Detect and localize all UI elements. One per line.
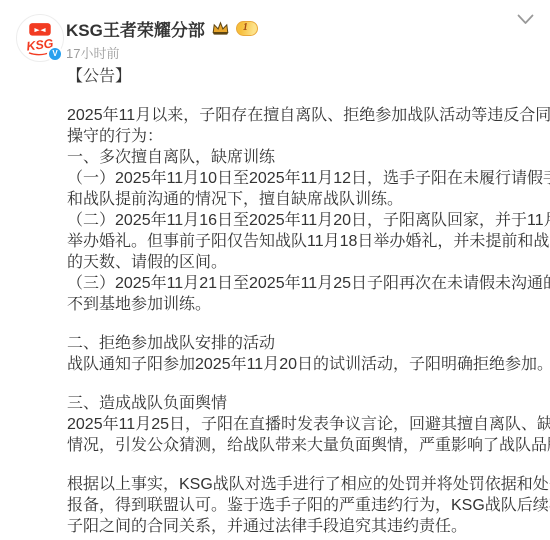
post-text-line: 二、拒绝参加战队安排的活动 (67, 333, 535, 354)
post-text-line: 情况，引发公众猜测，给战队带来大量负面舆情，严重影响了战队品牌形象。 (67, 435, 535, 456)
post-content: 【公告】 2025年11月以来，子阳存在擅自离队、拒绝参加战队活动等违反合同义务… (67, 66, 535, 537)
avatar[interactable]: KSG V (16, 14, 64, 62)
post-paragraph: 【公告】 (67, 66, 535, 87)
name-row: KSG王者荣耀分部 1 (66, 17, 258, 39)
post-text-line: 的天数、请假的区间。 (67, 252, 535, 273)
post-text-line: 【公告】 (67, 66, 535, 87)
post-text-line: 子阳之间的合同关系，并通过法律手段追究其违约责任。 (67, 516, 535, 537)
post-text-line: （二）2025年11月16日至2025年11月20日，子阳离队回家，并于11月1… (67, 210, 535, 231)
verified-badge-icon: V (47, 46, 63, 62)
crown-icon (211, 21, 230, 36)
chevron-down-icon[interactable] (517, 13, 534, 25)
post-text-line: 一、多次擅自离队，缺席训练 (67, 147, 535, 168)
post-text-line: 2025年11月25日，子阳在直播时发表争议言论，回避其擅自离队、缺席训练的 (67, 414, 535, 435)
post-text-line: 报备，得到联盟认可。鉴于选手子阳的严重违约行为，KSG战队后续将陆续解除和 (67, 495, 535, 516)
post-text-line: 举办婚礼。但事前子阳仅告知战队11月18日举办婚礼，并未提前和战队沟通请假 (67, 231, 535, 252)
post-text-line: 根据以上事实，KSG战队对选手进行了相应的处罚并将处罚依据和处罚结果向联盟 (67, 474, 535, 495)
post-paragraph: 根据以上事实，KSG战队对选手进行了相应的处罚并将处罚依据和处罚结果向联盟 报备… (67, 474, 535, 537)
post-text-line: 和战队提前沟通的情况下，擅自缺席战队训练。 (67, 189, 535, 210)
vip-level-badge: 1 (236, 21, 258, 36)
post-text-line: 战队通知子阳参加2025年11月20日的试训活动，子阳明确拒绝参加。 (67, 354, 535, 375)
post-text-line: 三、造成战队负面舆情 (67, 393, 535, 414)
post-text-line: （一）2025年11月10日至2025年11月12日，选手子阳在未履行请假手续、… (67, 168, 535, 189)
post-text-line: 操守的行为： (67, 126, 535, 147)
post-paragraph: 三、造成战队负面舆情 2025年11月25日，子阳在直播时发表争议言论，回避其擅… (67, 393, 535, 456)
username[interactable]: KSG王者荣耀分部 (66, 16, 205, 41)
post-paragraph: 2025年11月以来，子阳存在擅自离队、拒绝参加战队活动等违反合同义务、职业 操… (67, 105, 535, 315)
post-paragraph: 二、拒绝参加战队安排的活动 战队通知子阳参加2025年11月20日的试训活动，子… (67, 333, 535, 375)
post-text-line: 2025年11月以来，子阳存在擅自离队、拒绝参加战队活动等违反合同义务、职业 (67, 105, 535, 126)
timestamp[interactable]: 17小时前 (66, 43, 119, 62)
post-text-line: 不到基地参加训练。 (67, 294, 535, 315)
post-text-line: （三）2025年11月21日至2025年11月25日子阳再次在未请假未沟通的情况… (67, 273, 535, 294)
